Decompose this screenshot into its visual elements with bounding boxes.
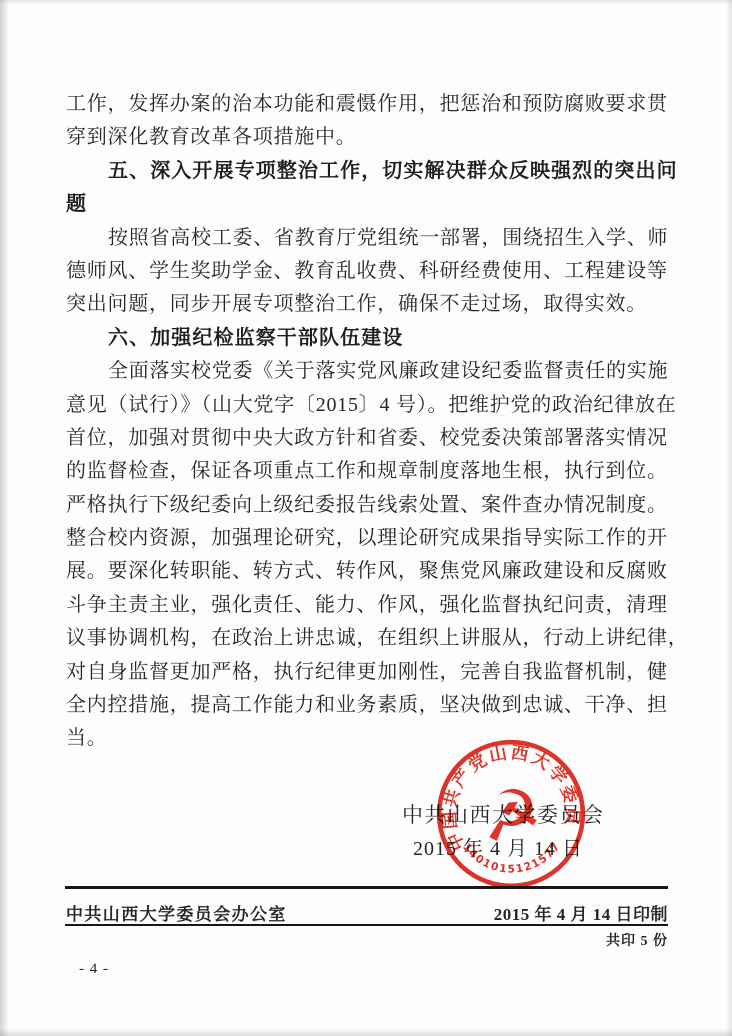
body-line: 首位，加强对贯彻中央大政方针和省委、校党委决策部署落实情况	[66, 422, 670, 455]
body-line: 工作，发挥办案的治本功能和震慑作用，把惩治和预防腐败要求贯	[66, 88, 670, 121]
body-line: 展。要深化转职能、转方式、转作风，聚焦党风廉政建设和反腐败	[66, 555, 670, 588]
body-line: 全内控措施，提高工作能力和业务素质，坚决做到忠诚、干净、担	[66, 689, 670, 722]
body-line: 对自身监督更加严格，执行纪律更加刚性，完善自我监督机制，健	[66, 656, 670, 689]
scan-edge-top	[0, 0, 732, 5]
footer-copies: 共印 5 份	[606, 930, 668, 950]
heading-line: 五、深入开展专项整治工作，切实解决群众反映强烈的突出问	[66, 155, 670, 188]
document-lines: 工作，发挥办案的治本功能和震慑作用，把惩治和预防腐败要求贯穿到深化教育改革各项措…	[66, 88, 670, 756]
body-line: 德师风、学生奖助学金、教育乱收费、科研经费使用、工程建设等	[66, 255, 670, 288]
body-line: 斗争主责主业，强化责任、能力、作风，强化监督执纪问责，清理	[66, 589, 670, 622]
scan-edge-left	[0, 0, 9, 1036]
footer-office: 中共山西大学委员会办公室	[66, 900, 287, 925]
footer-rule-top	[65, 886, 668, 889]
document-page: 工作，发挥办案的治本功能和震慑作用，把惩治和预防腐败要求贯穿到深化教育改革各项措…	[0, 0, 732, 1036]
footer-rule-bottom	[65, 924, 668, 926]
body-line: 按照省高校工委、省教育厅党组统一部署，围绕招生入学、师	[66, 222, 670, 255]
body-line: 穿到深化教育改革各项措施中。	[66, 121, 670, 154]
heading-line: 六、加强纪检监察干部队伍建设	[66, 322, 670, 355]
body-line: 意见（试行）》（山大党字〔2015〕4 号）。把维护党的政治纪律放在	[66, 389, 670, 422]
official-seal: ☭ 中国共产党山西大学委员会 1401015121577	[423, 726, 599, 902]
body-line: 突出问题，同步开展专项整治工作，确保不走过场，取得实效。	[66, 288, 670, 321]
body-line: 全面落实校党委《关于落实党风廉政建设纪委监督责任的实施	[66, 355, 670, 388]
footer-print-date: 2015 年 4 月 14 日印制	[494, 900, 668, 925]
heading-line: 题	[66, 188, 670, 221]
body-line: 的监督检查，保证各项重点工作和规章制度落地生根，执行到位。	[66, 455, 670, 488]
page-number: - 4 -	[79, 961, 109, 978]
body-line: 整合校内资源，加强理论研究，以理论研究成果指导实际工作的开	[66, 522, 670, 555]
body-line: 议事协调机构，在政治上讲忠诚，在组织上讲服从，行动上讲纪律，	[66, 622, 670, 655]
hammer-sickle-icon: ☭	[476, 772, 547, 859]
scan-edge-bottom	[0, 1029, 732, 1036]
scan-edge-right	[726, 0, 732, 1036]
body-line: 严格执行下级纪委向上级纪委报告线索处置、案件查办情况制度。	[66, 489, 670, 522]
